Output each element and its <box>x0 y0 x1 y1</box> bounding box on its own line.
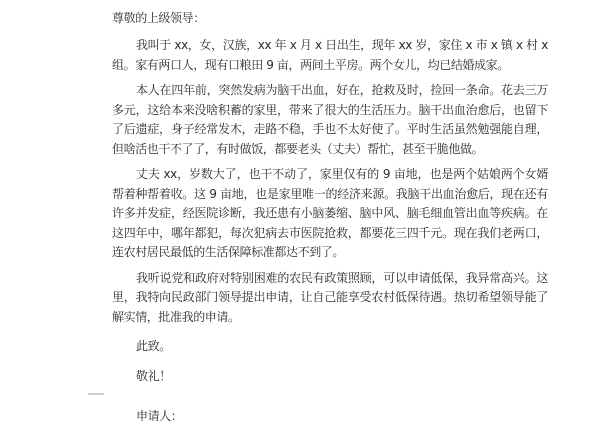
paragraph-illness: 本人在四年前，突然发病为脑干出血，好在，抢救及时，捡回一条命。花去三万多元，这给… <box>112 81 548 159</box>
paragraph-family-situation: 丈夫 xx，岁数大了，也干不动了，家里仅有的 9 亩地，也是两个姑娘两个女婿帮着… <box>112 165 548 263</box>
document-page: 尊敬的上级领导： 我叫于 xx，女，汉族，xx 年 x 月 x 日出生，现年 x… <box>0 0 600 400</box>
letter-closing: 此致。 <box>136 337 548 355</box>
application-letter: 尊敬的上级领导： 我叫于 xx，女，汉族，xx 年 x 月 x 日出生，现年 x… <box>112 9 548 400</box>
letter-salute: 敬礼！ <box>136 367 548 385</box>
paragraph-personal-info: 我叫于 xx，女，汉族，xx 年 x 月 x 日出生，现年 xx 岁，家住 x … <box>112 36 548 75</box>
letter-greeting: 尊敬的上级领导： <box>112 9 548 27</box>
paragraph-request: 我听说党和政府对特别困难的农民有政策照顾，可以申请低保，我异常高兴。这里，我特向… <box>112 269 548 328</box>
margin-mark <box>88 393 104 395</box>
